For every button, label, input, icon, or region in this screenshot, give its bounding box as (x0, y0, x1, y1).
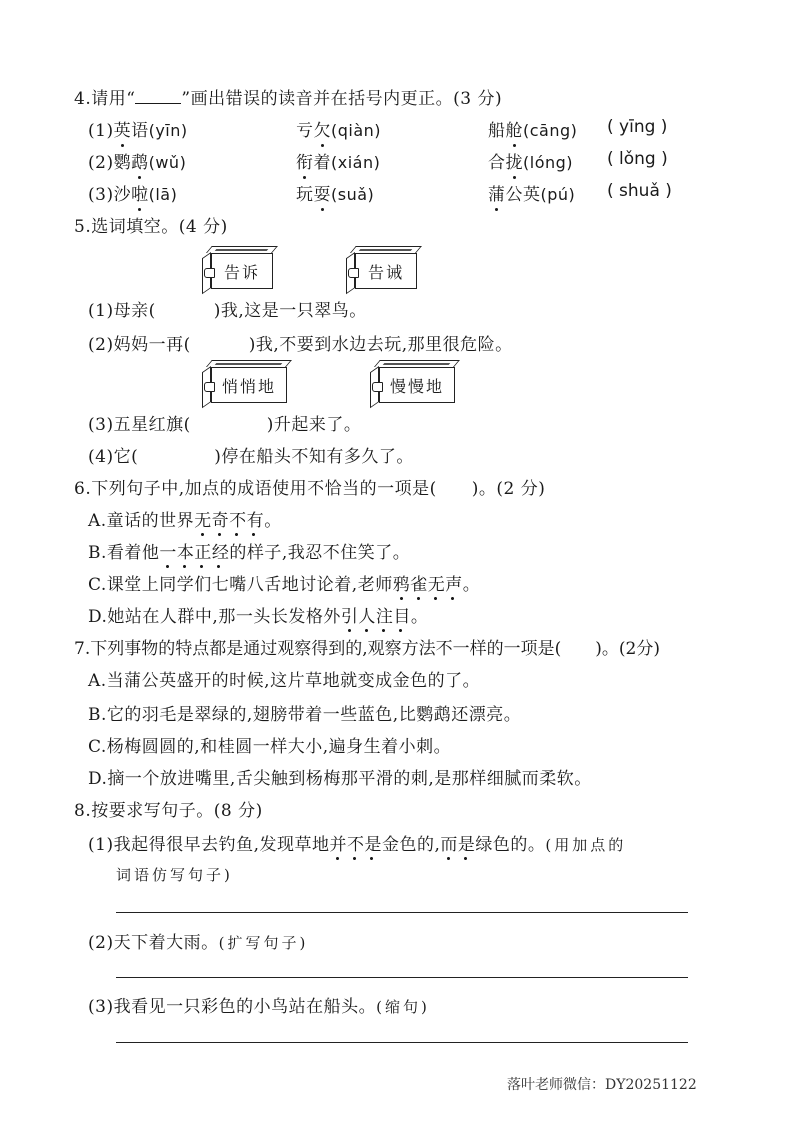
pinyin: (qiàn) (331, 121, 381, 140)
q4-row2-answer[interactable]: ( lǒng ) (607, 149, 668, 169)
q4-row2-col3: 合拢(lóng) (488, 148, 573, 173)
q4-title: 4.请用“”画出错误的读音并在括号内更正。(3 分) (74, 84, 502, 109)
q5-item1: (1)母亲()我,这是一只翠鸟。 (88, 296, 367, 321)
option-text: 。 (463, 575, 481, 595)
pinyin: (cāng) (523, 121, 577, 140)
char: 亏 (296, 121, 314, 141)
item-text: 金色的, (382, 835, 440, 855)
footer-contact: 落叶老师微信：DY20251122 (507, 1074, 697, 1094)
char: 船 (488, 121, 506, 141)
item-text-before: (2)妈妈一再( (88, 335, 191, 355)
item-text-before: (1)母亲( (88, 301, 156, 321)
item-label: (1) (88, 121, 114, 141)
option-text: 。 (411, 607, 429, 627)
word-box-manmandi: 慢慢地 (370, 360, 452, 396)
dotted-idiom: 鸦雀无声 (393, 575, 463, 601)
q4-row1-answer[interactable]: ( yīng ) (607, 117, 667, 137)
char: 合 (488, 153, 506, 173)
box-top (374, 360, 460, 367)
char: 沙 (114, 185, 132, 205)
answer-line-1[interactable] (116, 912, 688, 913)
word-box-label: 慢慢地 (379, 367, 455, 403)
pinyin: (lóng) (523, 153, 573, 172)
char: 公 (506, 185, 524, 205)
q7-option-b[interactable]: B.它的羽毛是翠绿的,翅膀带着一些蓝色,比鹦鹉还漂亮。 (88, 700, 521, 725)
box-top (350, 246, 422, 253)
q6-option-d[interactable]: D.她站在人群中,那一头长发格外引人注目。 (88, 602, 428, 627)
box-knob-icon (204, 268, 215, 278)
option-text: 。 (264, 511, 282, 531)
q4-row3-answer[interactable]: ( shuǎ ) (607, 181, 672, 201)
q7-option-a[interactable]: A.当蒲公英盛开的时候,这片草地就变成金色的了。 (88, 666, 480, 691)
char: 语 (131, 121, 149, 141)
pinyin: (yīn) (149, 121, 188, 140)
pinyin: (pú) (541, 185, 576, 204)
item-text: (2)天下着大雨。 (88, 933, 219, 953)
word-box-label: 悄悄地 (211, 367, 287, 403)
word-box-gaojie: 告诫 (346, 246, 414, 282)
q5-item4: (4)它()停在船头不知有多久了。 (88, 442, 414, 467)
q6-title: 6.下列句子中,加点的成语使用不恰当的一项是( )。(2 分) (74, 474, 545, 499)
q4-row3-col2: 玩耍(suǎ) (296, 180, 374, 205)
item-text-after: )升起来了。 (267, 415, 362, 435)
option-text: D.她站在人群中,那一头长发格外 (88, 607, 341, 627)
q8-item2: (2)天下着大雨。(扩写句子) (88, 928, 308, 953)
q5-item3: (3)五星红旗()升起来了。 (88, 410, 361, 435)
dotted-idiom: 引人注目 (341, 607, 411, 633)
instruction-note: (扩写句子) (219, 934, 309, 952)
dotted-word: 而是 (440, 835, 475, 861)
underline-sample (135, 89, 181, 104)
q5-title: 5.选词填空。(4 分) (74, 212, 228, 237)
item-text-before: (3)五星红旗( (88, 415, 191, 435)
item-label: (2) (88, 153, 114, 173)
item-text: 绿色的。 (475, 835, 545, 855)
dotted-char: 舱 (506, 116, 524, 141)
option-text: B.看着他 (88, 543, 159, 563)
box-knob-icon (372, 382, 383, 392)
box-top (206, 360, 292, 367)
pinyin: (wǔ) (149, 153, 187, 172)
q7-option-d[interactable]: D.摘一个放进嘴里,舌尖触到杨梅那平滑的刺,是那样细腻而柔软。 (88, 764, 592, 789)
q6-option-a[interactable]: A.童话的世界无奇不有。 (88, 506, 282, 531)
q4-title-suffix: ”画出错误的读音并在括号内更正。(3 分) (181, 89, 502, 109)
q4-row3-col3: 蒲公英(pú) (488, 180, 575, 205)
q4-row3-col1: (3)沙啦(lā) (88, 180, 177, 205)
pinyin: (xián) (331, 153, 380, 172)
q6-option-b[interactable]: B.看着他一本正经的样子,我忍不住笑了。 (88, 538, 410, 563)
item-text-before: (4)它( (88, 447, 138, 467)
char: 着 (314, 153, 332, 173)
option-text: 的样子,我忍不住笑了。 (229, 543, 410, 563)
instruction-note: (用加点的 (545, 836, 626, 854)
dotted-char: 蒲 (488, 180, 506, 205)
q4-row1-col2: 亏欠(qiàn) (296, 116, 381, 141)
item-text-after: )停在船头不知有多久了。 (214, 447, 414, 467)
item-label: (3) (88, 185, 114, 205)
dotted-word: 并不是 (329, 835, 382, 861)
word-box-label: 告诫 (355, 253, 417, 289)
answer-line-3[interactable] (116, 1042, 688, 1043)
q7-title: 7.下列事物的特点都是通过观察得到的,观察方法不一样的一项是( )。(2分) (74, 634, 660, 659)
q8-title: 8.按要求写句子。(8 分) (74, 796, 263, 821)
word-box-gaosu: 告诉 (202, 246, 270, 282)
dotted-char: 鹉 (131, 148, 149, 173)
q6-option-c[interactable]: C.课堂上同学们七嘴八舌地讨论着,老师鸦雀无声。 (88, 570, 480, 595)
dotted-char: 啦 (131, 180, 149, 205)
q4-row1-col3: 船舱(cāng) (488, 116, 577, 141)
dotted-char: 英 (114, 116, 132, 141)
char: 玩 (296, 185, 314, 205)
char: 英 (523, 185, 541, 205)
word-box-label: 告诉 (211, 253, 273, 289)
char: 鹦 (114, 153, 132, 173)
q5-item2: (2)妈妈一再()我,不要到水边去玩,那里很危险。 (88, 330, 513, 355)
pinyin: (lā) (149, 185, 178, 204)
instruction-note: (缩句) (376, 998, 430, 1016)
dotted-char: 衔 (296, 148, 314, 173)
pinyin: (suǎ) (331, 185, 374, 204)
option-text: A.童话的世界 (88, 511, 194, 531)
box-top (206, 246, 278, 253)
dotted-char: 欠 (314, 116, 332, 141)
q4-row2-col2: 衔着(xián) (296, 148, 380, 173)
box-knob-icon (204, 382, 215, 392)
q8-item1: (1)我起得很早去钓鱼,发现草地并不是金色的,而是绿色的。(用加点的 (88, 830, 626, 855)
answer-line-2[interactable] (116, 977, 688, 978)
box-knob-icon (348, 268, 359, 278)
dotted-idiom: 无奇不有 (194, 511, 264, 537)
q7-option-c[interactable]: C.杨梅圆圆的,和桂圆一样大小,遍身生着小刺。 (88, 732, 451, 757)
q8-item3: (3)我看见一只彩色的小鸟站在船头。(缩句) (88, 992, 430, 1017)
item-text: (3)我看见一只彩色的小鸟站在船头。 (88, 997, 376, 1017)
item-text-after: )我,不要到水边去玩,那里很危险。 (249, 335, 513, 355)
item-text-after: )我,这是一只翠鸟。 (214, 301, 367, 321)
q4-row2-col1: (2)鹦鹉(wǔ) (88, 148, 186, 173)
option-text: C.课堂上同学们七嘴八舌地讨论着,老师 (88, 575, 393, 595)
q4-row1-col1: (1)英语(yīn) (88, 116, 188, 141)
word-box-qiaoqiaodi: 悄悄地 (202, 360, 284, 396)
item-text: (1)我起得很早去钓鱼,发现草地 (88, 835, 329, 855)
dotted-idiom: 一本正经 (159, 543, 229, 569)
q4-title-prefix: 4.请用“ (74, 89, 135, 109)
q8-item1-note-cont: 词语仿写句子) (116, 864, 233, 885)
dotted-char: 拢 (506, 148, 524, 173)
dotted-char: 耍 (314, 180, 332, 205)
